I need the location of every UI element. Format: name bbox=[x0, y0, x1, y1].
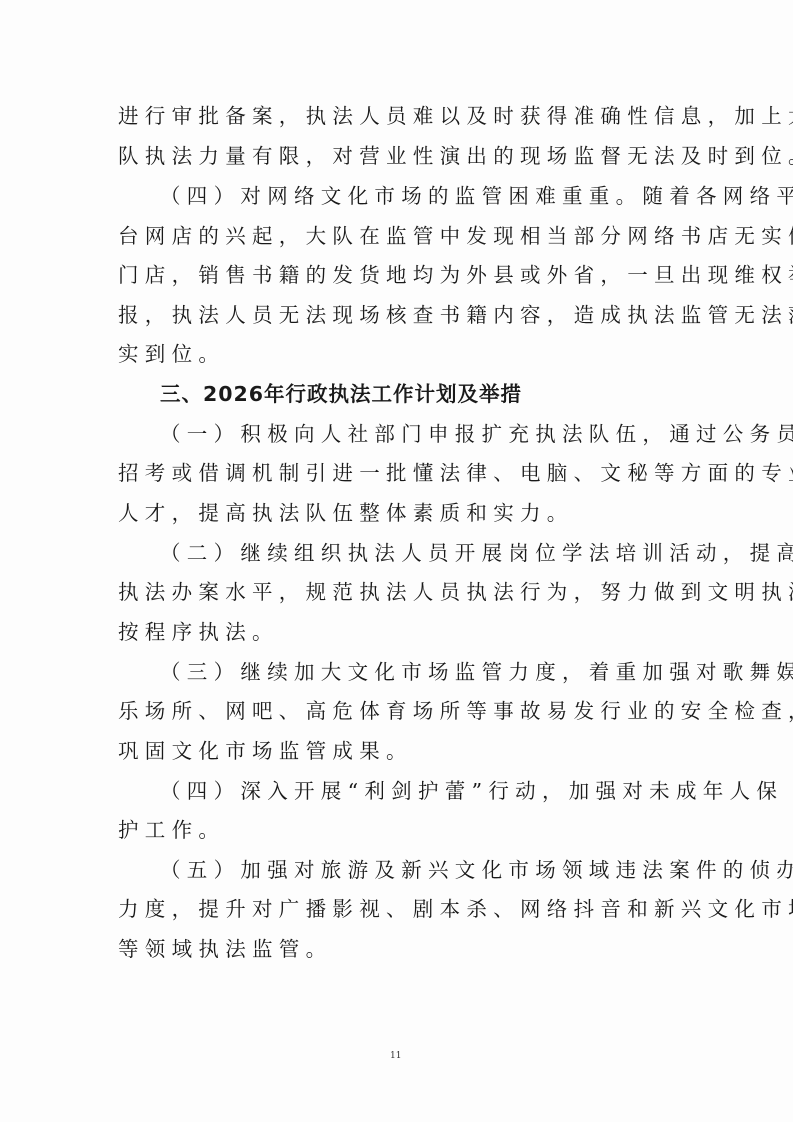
measure-line: 招考或借调机制引进一批懂法律、电脑、文秘等方面的专业 bbox=[118, 458, 678, 488]
measure-line: 按程序执法。 bbox=[118, 617, 678, 647]
measure-line: （四）深入开展“利剑护蕾”行动，加强对未成年人保 bbox=[160, 776, 680, 806]
measure-line: （五）加强对旅游及新兴文化市场领域违法案件的侦办 bbox=[160, 855, 680, 885]
document-page: 进行审批备案，执法人员难以及时获得准确性信息，加上大 队执法力量有限，对营业性演… bbox=[0, 0, 793, 1122]
measure-line: （三）继续加大文化市场监管力度，着重加强对歌舞娱 bbox=[160, 657, 680, 687]
page-number: 11 bbox=[390, 1051, 401, 1061]
measure-line: （二）继续组织执法人员开展岗位学法培训活动，提高 bbox=[160, 538, 680, 568]
paragraph-line: （四）对网络文化市场的监管困难重重。随着各网络平 bbox=[160, 181, 680, 211]
measure-line: 等领域执法监管。 bbox=[118, 934, 678, 964]
paragraph-line: 进行审批备案，执法人员难以及时获得准确性信息，加上大 bbox=[118, 101, 678, 131]
section-heading: 三、2026年行政执法工作计划及举措 bbox=[160, 379, 522, 409]
measure-line: 护工作。 bbox=[118, 815, 678, 845]
paragraph-line: 队执法力量有限，对营业性演出的现场监督无法及时到位。 bbox=[118, 141, 678, 171]
paragraph-line: 实到位。 bbox=[118, 339, 678, 369]
paragraph-line: 门店，销售书籍的发货地均为外县或外省，一旦出现维权举 bbox=[118, 260, 678, 290]
measure-line: 巩固文化市场监管成果。 bbox=[118, 736, 678, 766]
measure-line: 执法办案水平，规范执法人员执法行为，努力做到文明执法， bbox=[118, 577, 678, 607]
measure-line: （一）积极向人社部门申报扩充执法队伍，通过公务员 bbox=[160, 419, 680, 449]
measure-line: 乐场所、网吧、高危体育场所等事故易发行业的安全检查， bbox=[118, 696, 678, 726]
paragraph-line: 台网店的兴起，大队在监管中发现相当部分网络书店无实体 bbox=[118, 221, 678, 251]
measure-line: 力度，提升对广播影视、剧本杀、网络抖音和新兴文化市场 bbox=[118, 894, 678, 924]
paragraph-line: 报，执法人员无法现场核查书籍内容，造成执法监管无法落 bbox=[118, 300, 678, 330]
measure-line: 人才，提高执法队伍整体素质和实力。 bbox=[118, 498, 678, 528]
